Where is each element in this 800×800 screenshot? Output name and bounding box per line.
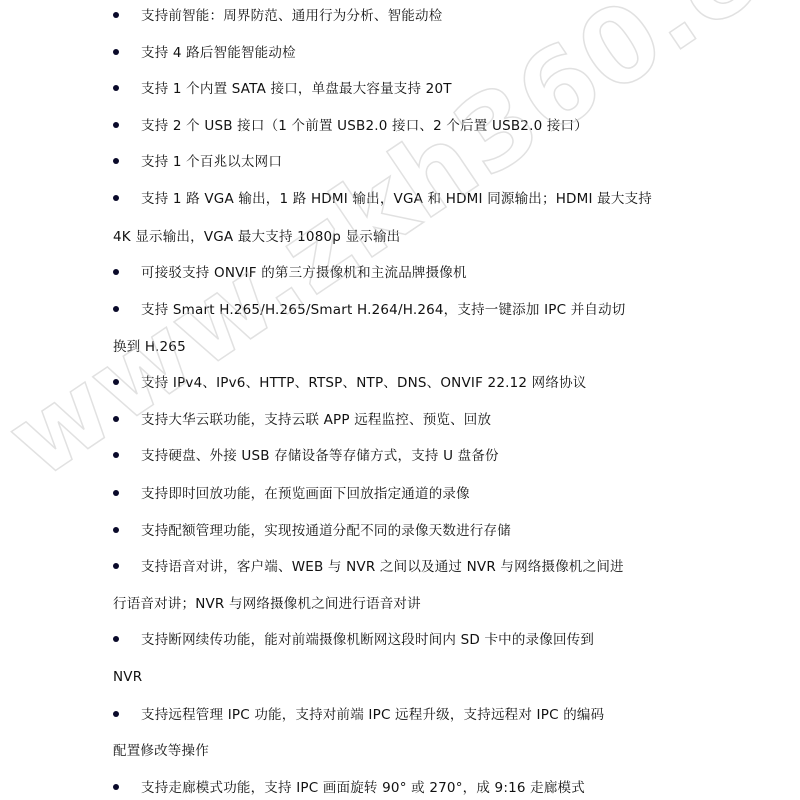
- list-item: 支持配额管理功能，实现按通道分配不同的录像天数进行存储: [113, 521, 511, 541]
- list-item: 支持 1 路 VGA 输出，1 路 HDMI 输出，VGA 和 HDMI 同源输…: [113, 189, 652, 209]
- list-item: 支持 1 个百兆以太网口: [113, 152, 282, 172]
- bullet-icon: [113, 452, 119, 458]
- list-item-text: 支持配额管理功能，实现按通道分配不同的录像天数进行存储: [141, 521, 511, 541]
- list-item-continuation: 换到 H.265: [113, 337, 186, 357]
- bullet-icon: [113, 49, 119, 55]
- list-item: 支持大华云联功能，支持云联 APP 远程监控、预览、回放: [113, 410, 491, 430]
- bullet-icon: [113, 636, 119, 642]
- list-item-text: 支持大华云联功能，支持云联 APP 远程监控、预览、回放: [141, 410, 491, 430]
- list-item-continuation: NVR: [113, 667, 142, 687]
- list-item: 支持 IPv4、IPv6、HTTP、RTSP、NTP、DNS、ONVIF 22.…: [113, 373, 586, 393]
- list-item-text: 支持 4 路后智能智能动检: [141, 43, 296, 63]
- list-item-text: 支持 Smart H.265/H.265/Smart H.264/H.264，支…: [141, 300, 626, 320]
- list-item-continuation: 配置修改等操作: [113, 741, 209, 761]
- bullet-icon: [113, 711, 119, 717]
- list-item-text: 支持 IPv4、IPv6、HTTP、RTSP、NTP、DNS、ONVIF 22.…: [141, 373, 586, 393]
- list-item-text: 支持远程管理 IPC 功能，支持对前端 IPC 远程升级，支持远程对 IPC 的…: [141, 705, 604, 725]
- bullet-icon: [113, 269, 119, 275]
- list-item: 支持 2 个 USB 接口（1 个前置 USB2.0 接口、2 个后置 USB2…: [113, 116, 588, 136]
- list-item-text: 支持 1 个内置 SATA 接口，单盘最大容量支持 20T: [141, 79, 452, 99]
- list-item: 支持语音对讲，客户端、WEB 与 NVR 之间以及通过 NVR 与网络摄像机之间…: [113, 557, 624, 577]
- list-item: 支持远程管理 IPC 功能，支持对前端 IPC 远程升级，支持远程对 IPC 的…: [113, 705, 604, 725]
- bullet-icon: [113, 195, 119, 201]
- bullet-icon: [113, 563, 119, 569]
- list-item-text: 支持即时回放功能，在预览画面下回放指定通道的录像: [141, 484, 470, 504]
- list-item: 支持即时回放功能，在预览画面下回放指定通道的录像: [113, 484, 470, 504]
- list-item: 支持 Smart H.265/H.265/Smart H.264/H.264，支…: [113, 300, 626, 320]
- list-item: 可接驳支持 ONVIF 的第三方摄像机和主流品牌摄像机: [113, 263, 467, 283]
- list-item: 支持硬盘、外接 USB 存储设备等存储方式，支持 U 盘备份: [113, 446, 499, 466]
- bullet-icon: [113, 784, 119, 790]
- list-item-text: 支持 2 个 USB 接口（1 个前置 USB2.0 接口、2 个后置 USB2…: [141, 116, 588, 136]
- list-item-text: 支持断网续传功能，能对前端摄像机断网这段时间内 SD 卡中的录像回传到: [141, 630, 594, 650]
- list-item-text: 行语音对讲；NVR 与网络摄像机之间进行语音对讲: [113, 594, 421, 614]
- list-item-text: 支持语音对讲，客户端、WEB 与 NVR 之间以及通过 NVR 与网络摄像机之间…: [141, 557, 624, 577]
- document-page: 支持走廊模式功能，支持 IPC 画面旋转 90° 或 270°，成 9:16 走…: [0, 0, 800, 800]
- bullet-icon: [113, 122, 119, 128]
- bullet-icon: [113, 490, 119, 496]
- list-item-text: 配置修改等操作: [113, 741, 209, 761]
- list-item-text: 支持 1 个百兆以太网口: [141, 152, 282, 172]
- list-item: 支持断网续传功能，能对前端摄像机断网这段时间内 SD 卡中的录像回传到: [113, 630, 594, 650]
- list-item-text: 支持走廊模式功能，支持 IPC 画面旋转 90° 或 270°，成 9:16 走…: [141, 778, 585, 798]
- bullet-icon: [113, 158, 119, 164]
- bullet-icon: [113, 306, 119, 312]
- list-item: 支持前智能：周界防范、通用行为分析、智能动检: [113, 6, 442, 26]
- list-item-text: 支持前智能：周界防范、通用行为分析、智能动检: [141, 6, 442, 26]
- bullet-icon: [113, 85, 119, 91]
- bullet-icon: [113, 12, 119, 18]
- list-item-text: 可接驳支持 ONVIF 的第三方摄像机和主流品牌摄像机: [141, 263, 467, 283]
- list-item-text: 支持硬盘、外接 USB 存储设备等存储方式，支持 U 盘备份: [141, 446, 499, 466]
- list-item: 支持 1 个内置 SATA 接口，单盘最大容量支持 20T: [113, 79, 452, 99]
- list-item: 支持 4 路后智能智能动检: [113, 43, 296, 63]
- list-item-text: 支持 1 路 VGA 输出，1 路 HDMI 输出，VGA 和 HDMI 同源输…: [141, 189, 652, 209]
- bullet-icon: [113, 379, 119, 385]
- list-item-text: 换到 H.265: [113, 337, 186, 357]
- bullet-icon: [113, 416, 119, 422]
- list-item-text: 4K 显示输出，VGA 最大支持 1080p 显示输出: [113, 227, 400, 247]
- list-item-continuation: 行语音对讲；NVR 与网络摄像机之间进行语音对讲: [113, 594, 421, 614]
- bullet-icon: [113, 527, 119, 533]
- list-item-text: NVR: [113, 667, 142, 687]
- list-item-continuation: 4K 显示输出，VGA 最大支持 1080p 显示输出: [113, 227, 400, 247]
- list-item: 支持走廊模式功能，支持 IPC 画面旋转 90° 或 270°，成 9:16 走…: [113, 778, 585, 798]
